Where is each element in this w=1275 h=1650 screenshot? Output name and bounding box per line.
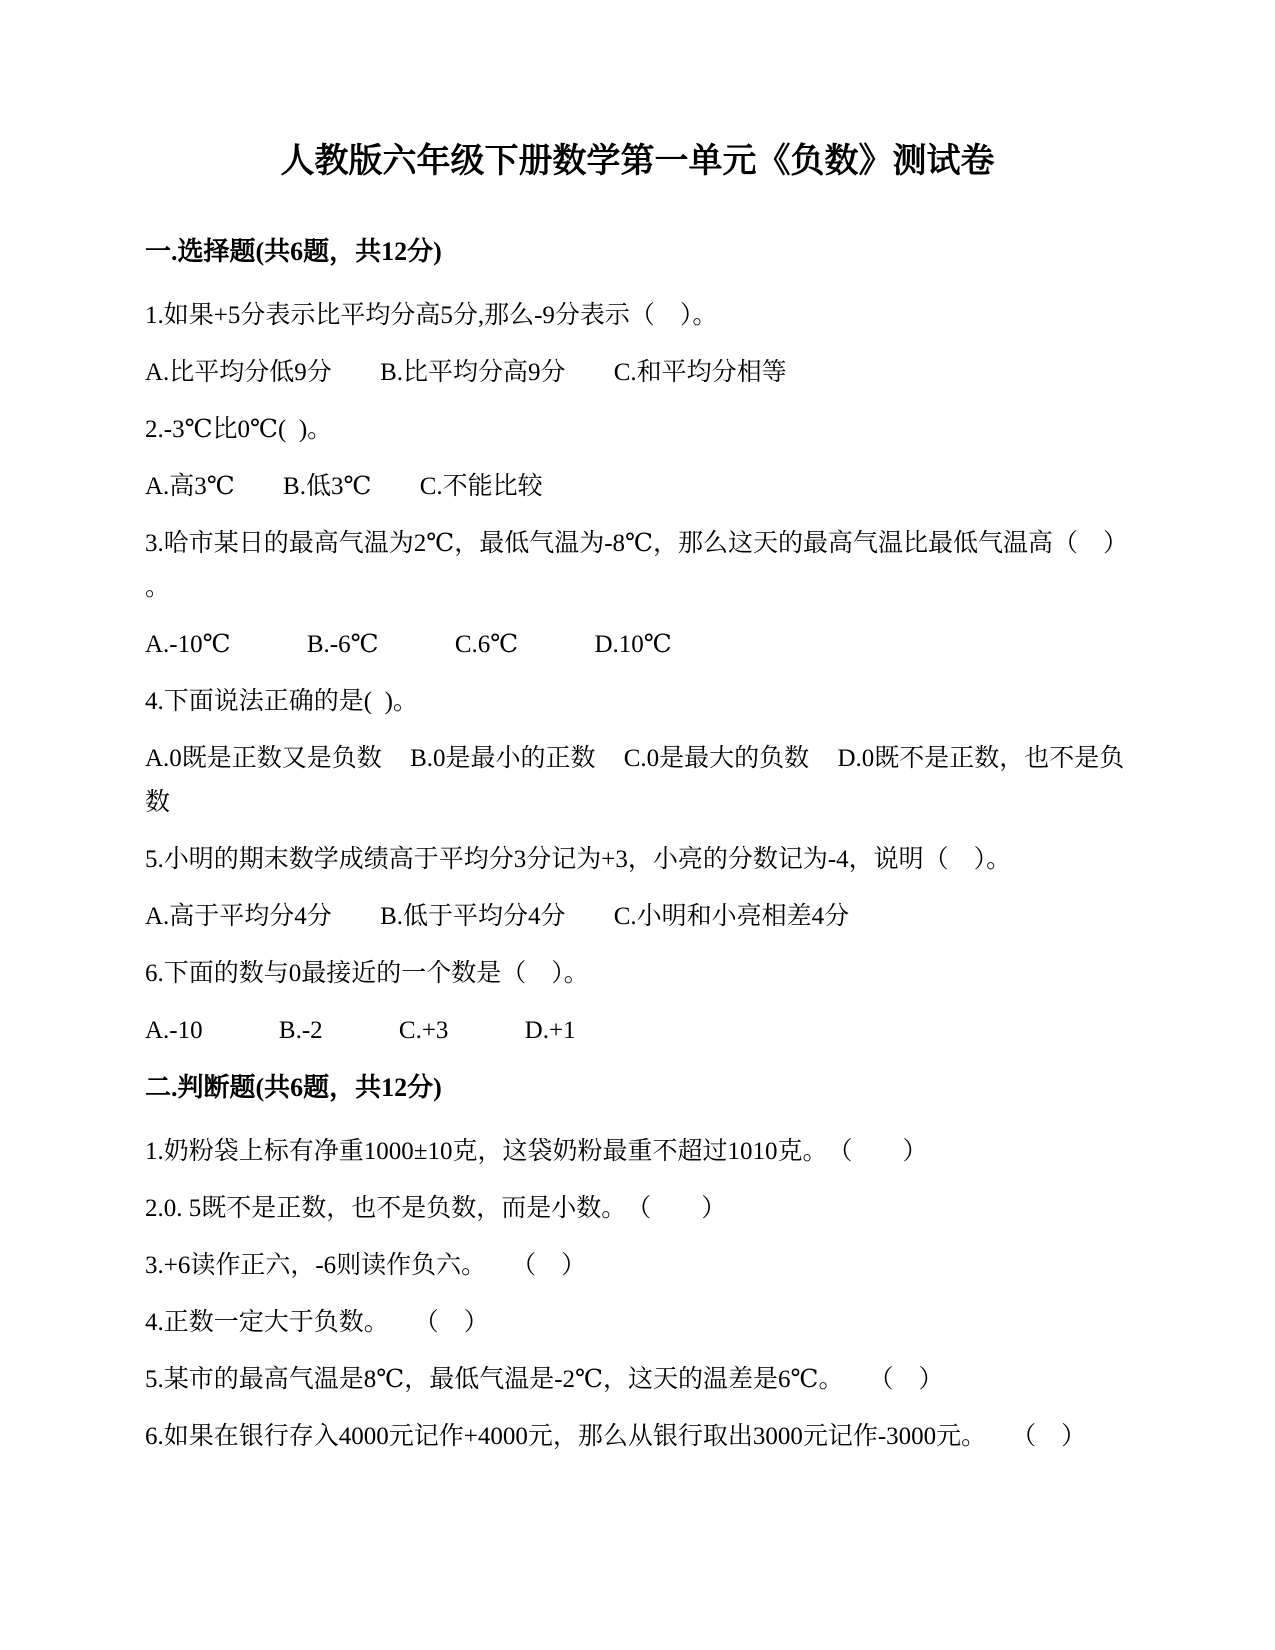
judge-item-2: 2.0. 5既不是正数，也不是负数，而是小数。 （ ）	[145, 1187, 1130, 1231]
choice-question-2-options: A.高3℃ B.低3℃ C.不能比较	[145, 465, 1130, 509]
choice-question-6-options: A.-10 B.-2 C.+3 D.+1	[145, 1009, 1130, 1053]
choice-question-6-text: 6.下面的数与0最接近的一个数是（ ）。	[145, 952, 1130, 996]
choice-question-6-option-d: D.+1	[525, 1017, 576, 1044]
choice-question-4-options: A.0既是正数又是负数 B.0是最小的正数 C.0是最大的负数 D.0既不是正数…	[145, 737, 1130, 825]
choice-section-heading: 一.选择题(共6题，共12分)	[145, 230, 1130, 274]
judge-item-1: 1.奶粉袋上标有净重1000±10克，这袋奶粉最重不超过1010克。 （ ）	[145, 1130, 1130, 1174]
judge-item-4: 4.正数一定大于负数。 （ ）	[145, 1301, 1130, 1345]
choice-question-2-option-a: A.高3℃	[145, 473, 235, 500]
choice-question-5-option-b: B.低于平均分4分	[380, 903, 565, 930]
choice-question-3-option-a: A.-10℃	[145, 631, 231, 658]
choice-question-3-option-c: C.6℃	[455, 631, 518, 658]
choice-question-3-option-d: D.10℃	[594, 631, 671, 658]
test-paper-page: 人教版六年级下册数学第一单元《负数》测试卷 一.选择题(共6题，共12分) 1.…	[0, 0, 1275, 1650]
judge-item-5: 5.某市的最高气温是8℃，最低气温是-2℃，这天的温差是6℃。 （ ）	[145, 1358, 1130, 1402]
choice-question-1-option-a: A.比平均分低9分	[145, 359, 332, 386]
choice-question-2-text: 2.-3℃比0℃( )。	[145, 408, 1130, 452]
choice-question-4-option-b: B.0是最小的正数	[410, 745, 595, 772]
judge-item-3: 3.+6读作正六，-6则读作负六。 （ ）	[145, 1244, 1130, 1288]
choice-question-6-option-b: B.-2	[279, 1017, 323, 1044]
judge-item-6: 6.如果在银行存入4000元记作+4000元，那么从银行取出3000元记作-30…	[145, 1415, 1130, 1459]
choice-question-1-option-c: C.和平均分相等	[614, 359, 787, 386]
choice-question-5-options: A.高于平均分4分 B.低于平均分4分 C.小明和小亮相差4分	[145, 895, 1130, 939]
choice-question-2-option-b: B.低3℃	[283, 473, 371, 500]
choice-question-6-option-c: C.+3	[399, 1017, 449, 1044]
judge-section-heading: 二.判断题(共6题，共12分)	[145, 1066, 1130, 1110]
choice-question-5-text: 5.小明的期末数学成绩高于平均分3分记为+3，小亮的分数记为-4，说明（ ）。	[145, 838, 1130, 882]
choice-question-1-text: 1.如果+5分表示比平均分高5分,那么-9分表示（ ）。	[145, 294, 1130, 338]
choice-question-6-option-a: A.-10	[145, 1017, 203, 1044]
choice-question-1-options: A.比平均分低9分 B.比平均分高9分 C.和平均分相等	[145, 351, 1130, 395]
page-title: 人教版六年级下册数学第一单元《负数》测试卷	[145, 140, 1130, 184]
choice-question-4-option-c: C.0是最大的负数	[624, 745, 809, 772]
choice-question-5-option-c: C.小明和小亮相差4分	[614, 903, 849, 930]
choice-question-3-text: 3.哈市某日的最高气温为2℃，最低气温为-8℃，那么这天的最高气温比最低气温高（…	[145, 522, 1130, 610]
choice-question-4-option-a: A.0既是正数又是负数	[145, 745, 382, 772]
choice-question-2-option-c: C.不能比较	[420, 473, 543, 500]
choice-question-4-text: 4.下面说法正确的是( )。	[145, 680, 1130, 724]
choice-question-5-option-a: A.高于平均分4分	[145, 903, 332, 930]
choice-question-3-options: A.-10℃ B.-6℃ C.6℃ D.10℃	[145, 623, 1130, 667]
choice-question-1-option-b: B.比平均分高9分	[380, 359, 565, 386]
choice-question-3-option-b: B.-6℃	[307, 631, 379, 658]
